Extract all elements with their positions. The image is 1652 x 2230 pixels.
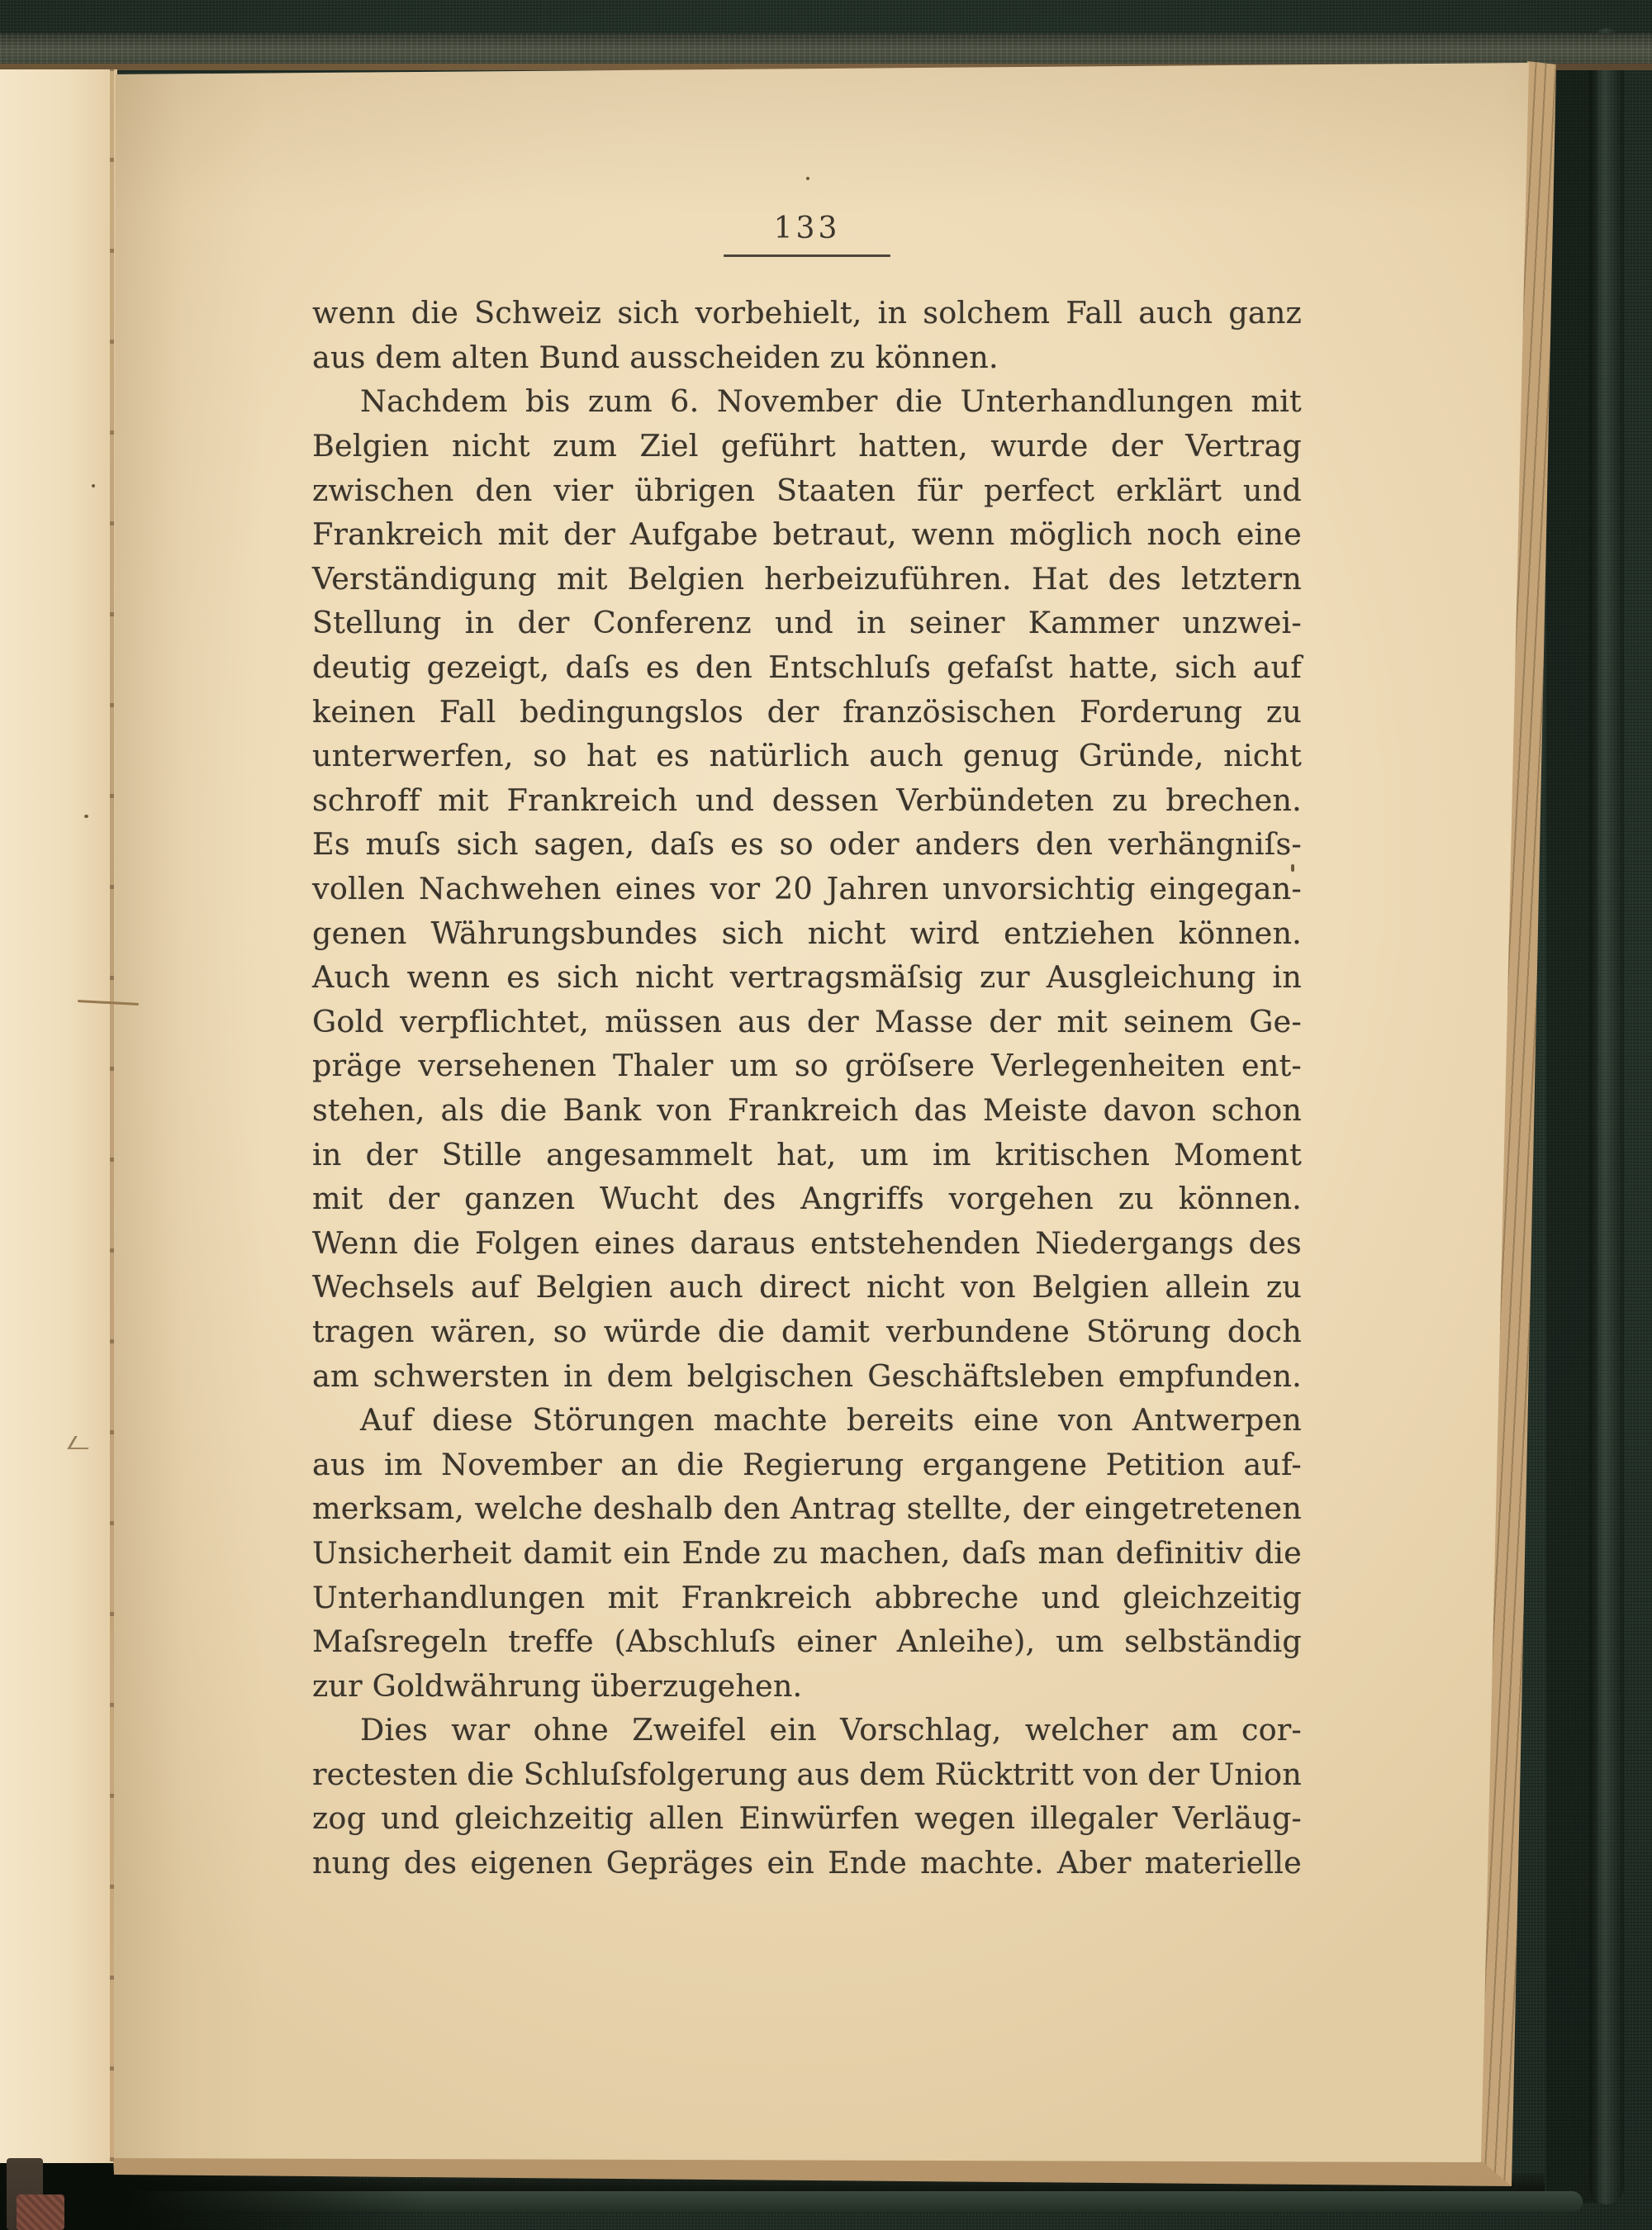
text-line: WechselsaufBelgienauchdirectnichtvonBelg… bbox=[312, 1265, 1302, 1310]
cover-board-ridge-right bbox=[1589, 28, 1624, 2204]
text-line: deutiggezeigt,daſsesdenEntschluſsgefaſst… bbox=[312, 645, 1302, 690]
text-line: amschwerstenindembelgischenGeschäftslebe… bbox=[312, 1353, 1302, 1398]
book-scan: 133 wenndieSchweizsichvorbehielt,insolch… bbox=[0, 0, 1652, 2230]
text-line: stehen,alsdieBankvonFrankreichdasMeisted… bbox=[312, 1088, 1302, 1133]
text-line: vollenNachweheneinesvor20Jahrenunvorsich… bbox=[312, 867, 1302, 911]
text-line: genenWährungsbundessichnichtwirdentziehe… bbox=[312, 911, 1302, 955]
text-line: aus dem alten Bund ausscheiden zu können… bbox=[312, 335, 1302, 380]
text-line: schroffmitFrankreichunddessenVerbündeten… bbox=[312, 778, 1302, 823]
text-line: nungdeseigenenGeprägeseinEndemachte.Aber… bbox=[312, 1841, 1302, 1885]
text-line: VerständigungmitBelgienherbeizuführen.Ha… bbox=[312, 557, 1302, 601]
paper-speck bbox=[84, 815, 88, 818]
page-header: 133 bbox=[312, 212, 1302, 257]
text-line: prägeversehenenThalerumsogröſsereVerlege… bbox=[312, 1044, 1302, 1088]
text-line: UnsicherheitdamiteinEndezumachen,daſsman… bbox=[312, 1531, 1302, 1576]
text-line: BelgiennichtzumZielgeführthatten,wurdede… bbox=[312, 424, 1302, 468]
text-line: Esmuſssichsagen,daſsessooderandersdenver… bbox=[312, 822, 1302, 867]
text-line: unterwerfen,sohatesnatürlichauchgenugGrü… bbox=[312, 734, 1302, 778]
cover-corner-leather-patch bbox=[17, 2194, 64, 2230]
page-number-rule bbox=[724, 254, 890, 257]
text-line: AufdieseStörungenmachtebereitseinevonAnt… bbox=[312, 1398, 1302, 1443]
text-line: rectestendieSchluſsfolgerungausdemRücktr… bbox=[312, 1752, 1302, 1797]
text-line: Nachdembiszum6.NovemberdieUnterhandlunge… bbox=[312, 379, 1302, 424]
paper-speck bbox=[92, 484, 95, 487]
text-line: tragenwären,sowürdediedamitverbundeneStö… bbox=[312, 1310, 1302, 1354]
text-line: StellunginderConferenzundinseinerKammeru… bbox=[312, 601, 1302, 645]
paper-speck bbox=[806, 177, 809, 180]
page-number: 133 bbox=[312, 212, 1302, 245]
text-line: Maſsregelntreffe(AbschluſseinerAnleihe),… bbox=[312, 1619, 1302, 1664]
text-line: zogundgleichzeitigallenEinwürfenwegenill… bbox=[312, 1796, 1302, 1841]
text-line: FrankreichmitderAufgabebetraut,wennmögli… bbox=[312, 512, 1302, 557]
text-line: AuchwennessichnichtvertragsmäſsigzurAusg… bbox=[312, 955, 1302, 1000]
text-line: mitderganzenWuchtdesAngriffsvorgehenzukö… bbox=[312, 1177, 1302, 1221]
text-line: Goldverpflichtet,müssenausderMassedermit… bbox=[312, 1000, 1302, 1044]
text-line: UnterhandlungenmitFrankreichabbrecheundg… bbox=[312, 1575, 1302, 1619]
text-line: wenndieSchweizsichvorbehielt,insolchemFa… bbox=[312, 291, 1302, 335]
text-line: zwischendenvierübrigenStaatenfürperfecte… bbox=[312, 468, 1302, 512]
text-line: keinenFallbedingungslosderfranzösischenF… bbox=[312, 689, 1302, 734]
text-line: merksam,welchedeshalbdenAntragstellte,de… bbox=[312, 1486, 1302, 1531]
gutter-crease bbox=[110, 69, 114, 2161]
text-line: WenndieFolgeneinesdarausentstehendenNied… bbox=[312, 1220, 1302, 1265]
facing-page-surface bbox=[0, 69, 117, 2163]
text-line: ausimNovemberandieRegierungergangenePeti… bbox=[312, 1442, 1302, 1486]
text-block: wenndieSchweizsichvorbehielt,insolchemFa… bbox=[312, 291, 1302, 1885]
text-line: zur Goldwährung überzugehen. bbox=[312, 1663, 1302, 1708]
text-line: DieswarohneZweifeleinVorschlag,welcheram… bbox=[312, 1708, 1302, 1752]
text-line: inderStilleangesammelthat,umimkritischen… bbox=[312, 1132, 1302, 1177]
